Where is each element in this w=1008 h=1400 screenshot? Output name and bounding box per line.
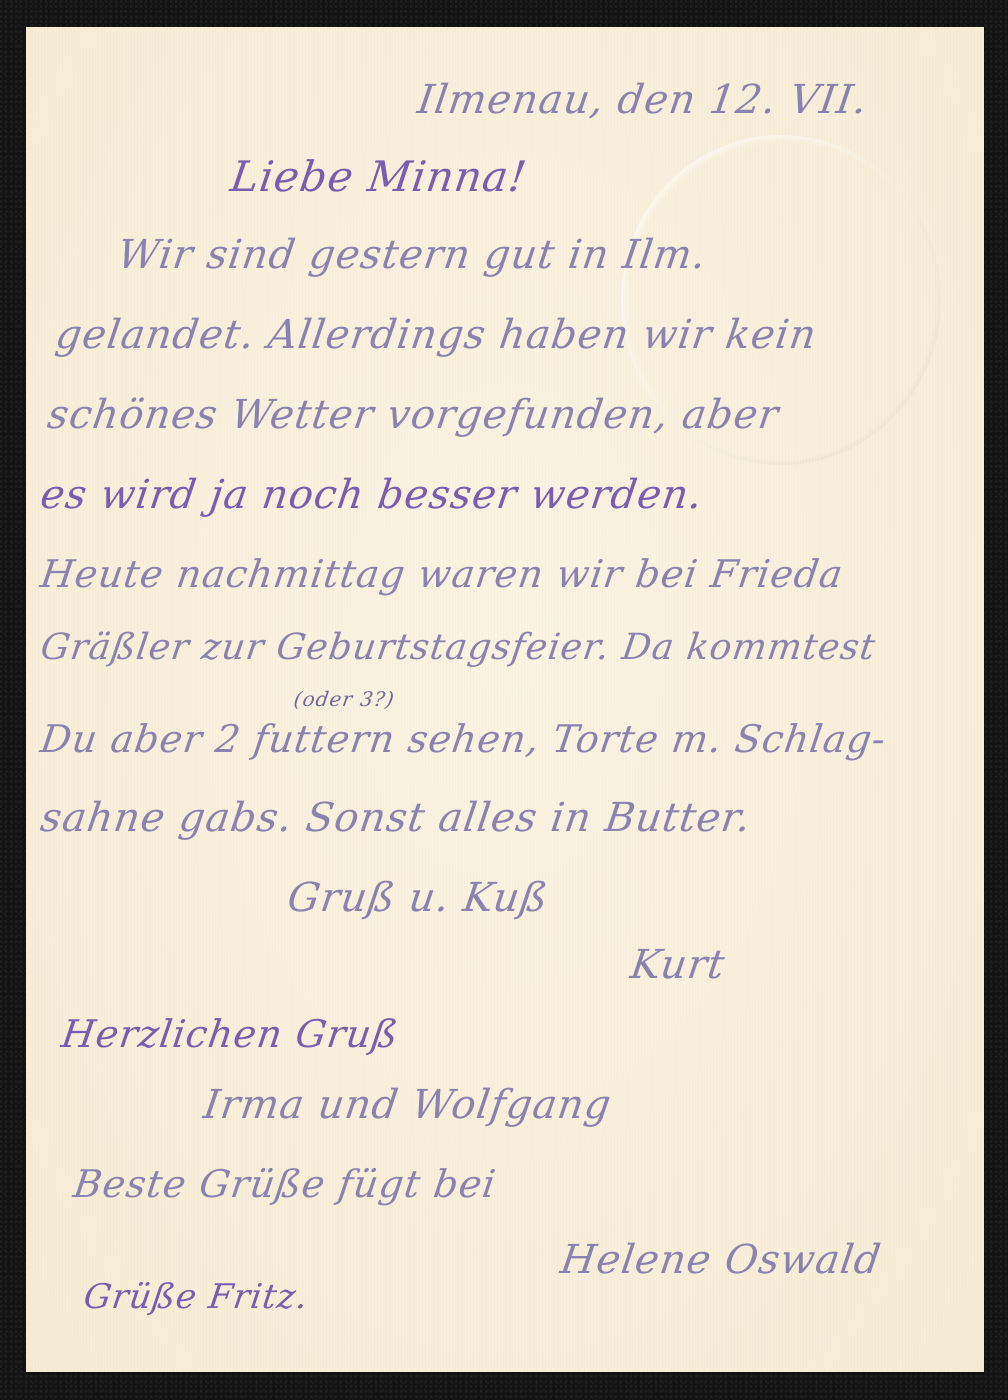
body-line-8: sahne gabs. Sonst alles in Butter. bbox=[38, 795, 754, 841]
body-line-1: Wir sind gestern gut in Ilm. bbox=[115, 232, 710, 278]
postcard: Ilmenau, den 12. VII. Liebe Minna! Wir s… bbox=[26, 27, 984, 1372]
place-date: Ilmenau, den 12. VII. bbox=[415, 77, 871, 123]
body-line-4: es wird ja noch besser werden. bbox=[38, 472, 706, 518]
insertion-note: (oder 3?) bbox=[292, 687, 396, 711]
greeting-line-1: Herzlichen Gruß bbox=[59, 1012, 401, 1056]
greeting-line-3: Beste Grüße fügt bei bbox=[71, 1162, 499, 1206]
signature: Kurt bbox=[628, 942, 728, 988]
greeting-line-4: Helene Oswald bbox=[558, 1237, 884, 1283]
closing: Gruß u. Kuß bbox=[285, 875, 551, 921]
body-line-3: schönes Wetter vorgefunden, aber bbox=[45, 392, 782, 438]
greeting-line-5: Grüße Fritz. bbox=[81, 1277, 311, 1317]
greeting-line-2: Irma und Wolfgang bbox=[201, 1082, 615, 1128]
body-line-2: gelandet. Allerdings haben wir kein bbox=[53, 312, 820, 358]
body-line-7: Du aber 2 futtern sehen, Torte m. Schlag… bbox=[38, 717, 889, 761]
body-line-6: Gräßler zur Geburtstagsfeier. Da kommtes… bbox=[38, 627, 878, 668]
salutation: Liebe Minna! bbox=[228, 152, 531, 201]
body-line-5: Heute nachmittag waren wir bei Frieda bbox=[38, 552, 846, 596]
